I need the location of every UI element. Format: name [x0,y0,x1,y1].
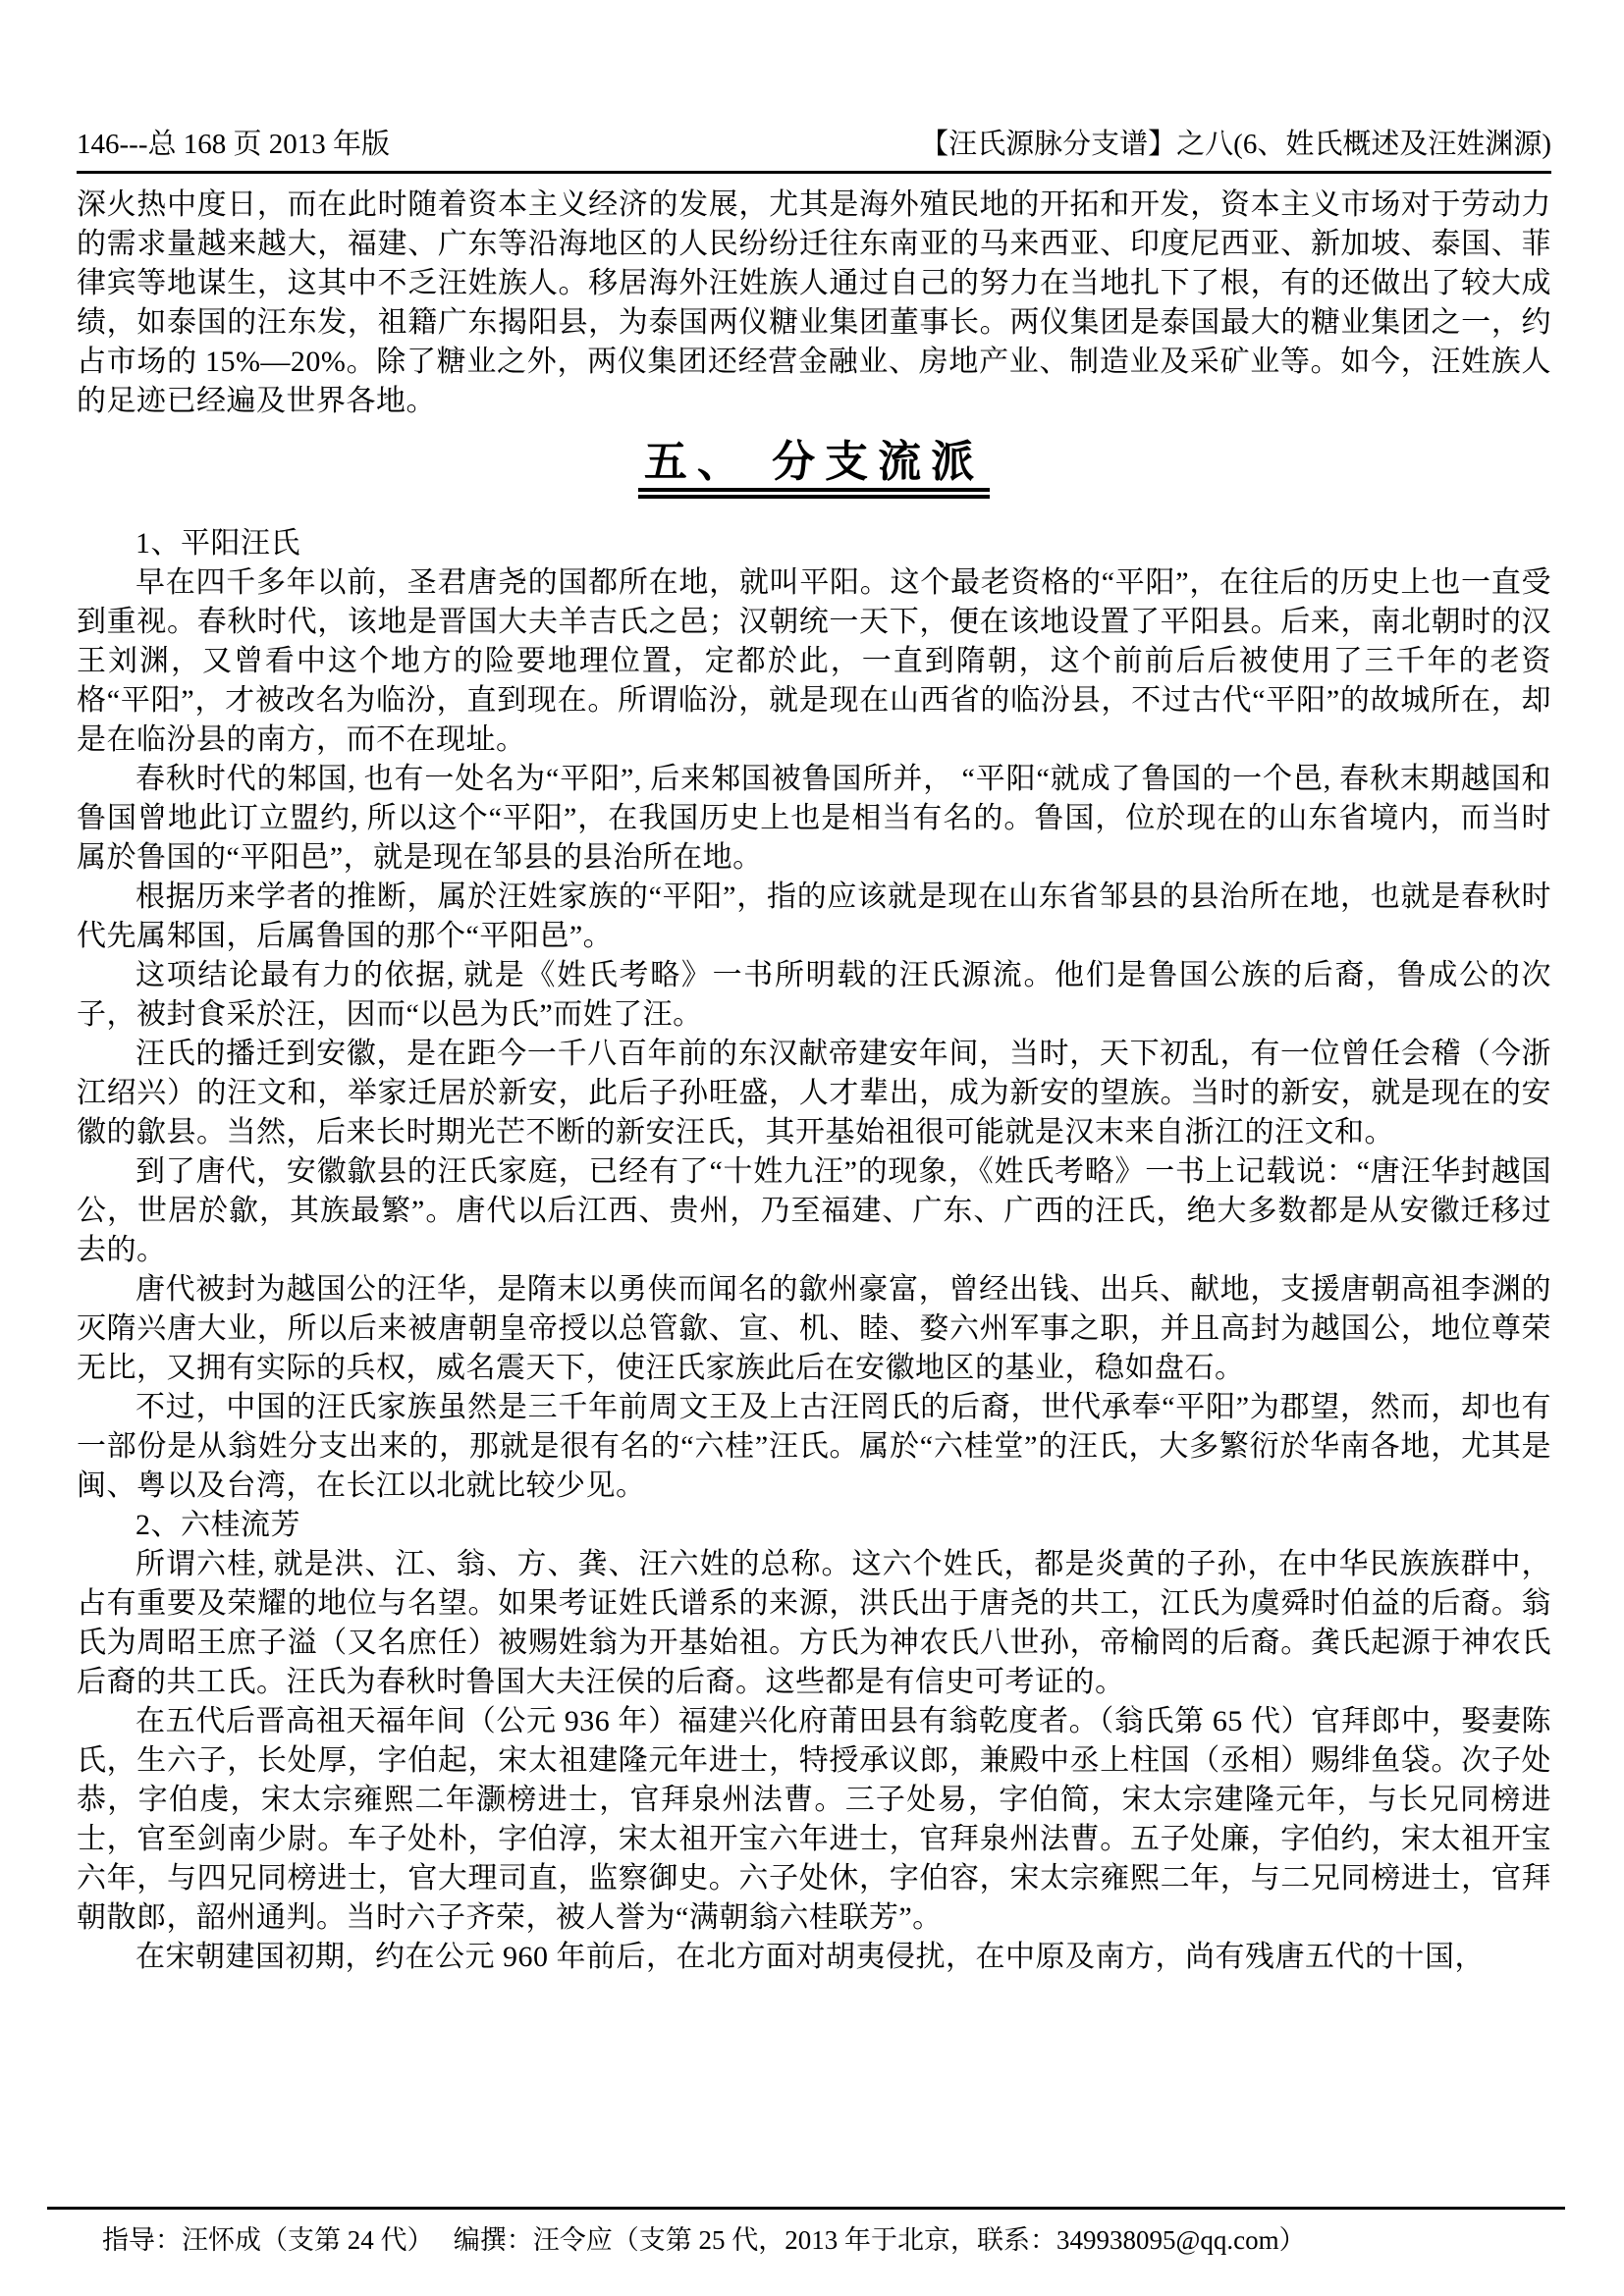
header-divider [77,171,1551,174]
body-paragraph: 到了唐代，安徽歙县的汪氏家庭，已经有了“十姓九汪”的现象，《姓氏考略》一书上记载… [77,1152,1551,1270]
body-paragraph: 所谓六桂, 就是洪、江、翁、方、龚、汪六姓的总称。这六个姓氏，都是炎黄的子孙，在… [77,1545,1551,1702]
footer-divider [47,2207,1565,2210]
document-page: 146---总 168 页 2013 年版 【汪氏源脉分支谱】之八(6、姓氏概述… [0,0,1624,2296]
body-paragraph: 春秋时代的邾国, 也有一处名为“平阳”, 后来邾国被鲁国所并， “平阳“就成了鲁… [77,760,1551,878]
body-paragraph: 汪氏的播迁到安徽，是在距今一千八百年前的东汉献帝建安年间，当时，天下初乱，有一位… [77,1035,1551,1152]
body-paragraph: 在宋朝建国初期，约在公元 960 年前后，在北方面对胡夷侵扰，在中原及南方，尚有… [77,1938,1551,1977]
page-body: 深火热中度日，而在此时随着资本主义经济的发展，尤其是海外殖民地的开拓和开发，资本… [77,186,1551,1977]
section-heading: 2、六桂流芳 [77,1506,1551,1545]
body-paragraph: 早在四千多年以前，圣君唐尧的国都所在地，就叫平阳。这个最老资格的“平阳”，在往后… [77,563,1551,760]
body-paragraph: 唐代被封为越国公的汪华，是隋末以勇侠而闻名的歙州豪富，曾经出钱、出兵、献地，支援… [77,1270,1551,1388]
section-heading: 1、平阳汪氏 [77,524,1551,563]
book-title: 【汪氏源脉分支谱】之八(6、姓氏概述及汪姓渊源) [920,128,1551,161]
page-number: 146---总 168 页 2013 年版 [77,128,390,161]
body-paragraph: 不过，中国的汪氏家族虽然是三千年前周文王及上古汪罔氏的后裔，世代承奉“平阳”为郡… [77,1388,1551,1506]
body-paragraph: 根据历来学者的推断，属於汪姓家族的“平阳”，指的应该就是现在山东省邹县的县治所在… [77,878,1551,956]
page-footer: 指导：汪怀成（支第 24 代） 编撰：汪令应（支第 25 代，2013 年于北京… [47,2207,1565,2257]
footer-credits: 指导：汪怀成（支第 24 代） 编撰：汪令应（支第 25 代，2013 年于北京… [102,2223,1565,2257]
body-paragraph: 在五代后晋高祖天福年间（公元 936 年）福建兴化府莆田县有翁乾度者。（翁氏第 … [77,1702,1551,1938]
page-header: 146---总 168 页 2013 年版 【汪氏源脉分支谱】之八(6、姓氏概述… [77,128,1551,161]
intro-paragraph: 深火热中度日，而在此时随着资本主义经济的发展，尤其是海外殖民地的开拓和开发，资本… [77,186,1551,421]
section-title: 五、 分支流派 [638,443,990,499]
section-title-row: 五、 分支流派 [77,443,1551,499]
body-paragraph: 这项结论最有力的依据, 就是《姓氏考略》一书所明载的汪氏源流。他们是鲁国公族的后… [77,956,1551,1035]
